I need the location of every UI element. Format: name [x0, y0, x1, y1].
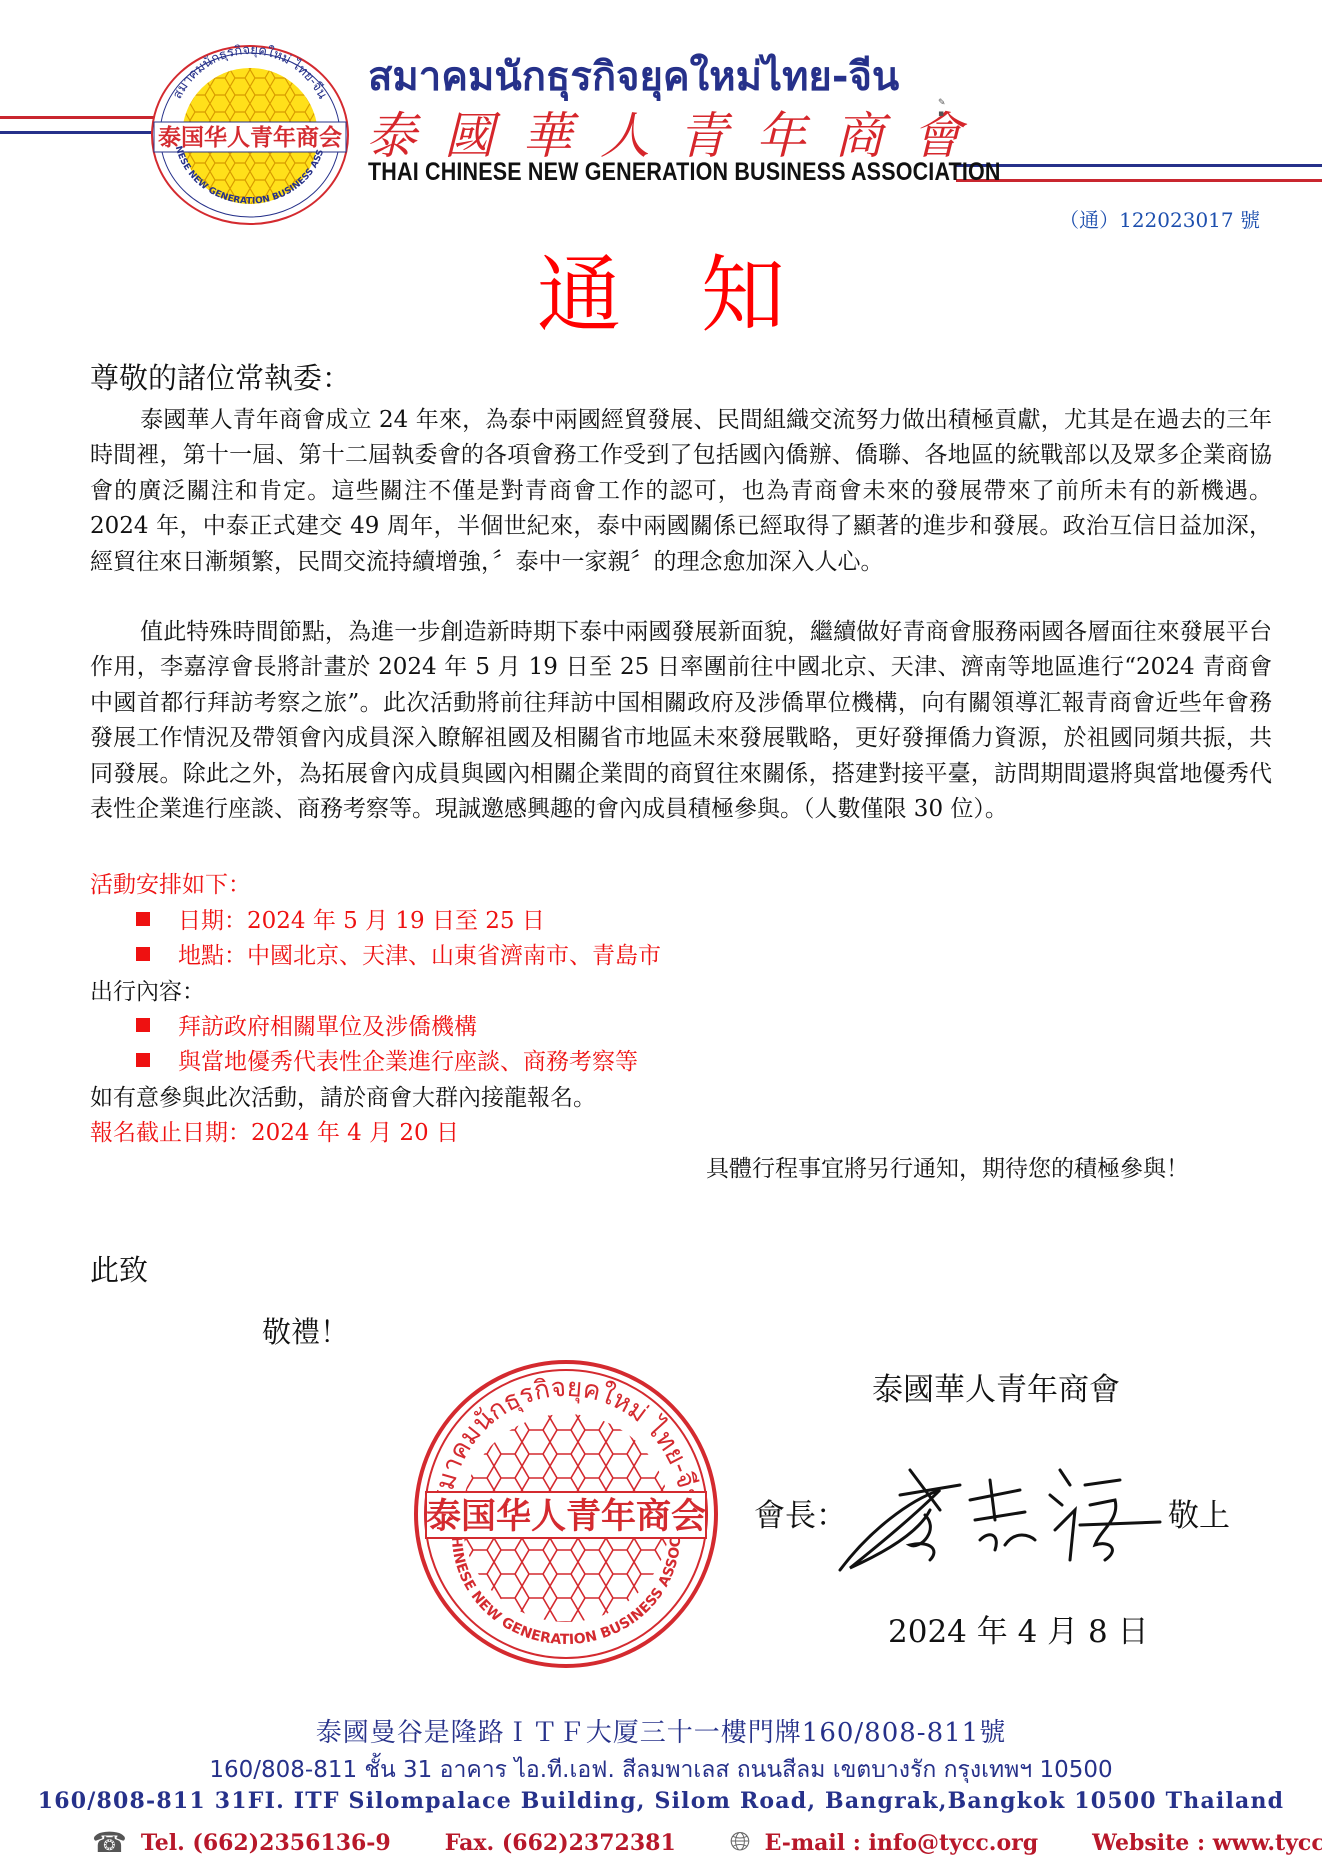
header-line-blue-right: [956, 164, 1322, 167]
svg-text:泰国华人青年商会: 泰国华人青年商会: [158, 124, 342, 151]
respectfully-label: 敬上: [1168, 1490, 1230, 1535]
footer-address-chinese: 泰國曼谷是隆路ＩＴＦ大厦三十一樓門牌160/808-811號: [0, 1712, 1322, 1749]
footer-fax: Fax. (662)2372381: [445, 1830, 676, 1856]
content-heading: 出行內容：: [90, 973, 205, 1006]
paragraph-2-text: 值此特殊時間節點，為進一步創造新時期下泰中兩國發展新面貌，繼續做好青商會服務兩國…: [90, 619, 1272, 822]
header-line-blue-left: [0, 131, 162, 134]
signature-date: 2024 年 4 月 8 日: [888, 1606, 1149, 1651]
footer-address-thai: 160/808-811 ชั้น 31 อาคาร ไอ.ที.เอฟ. สีล…: [0, 1752, 1322, 1788]
footer-contact: ☎ Tel. (662)2356136-9 Fax. (662)2372381 …: [92, 1826, 1322, 1859]
header-line-red-left: [0, 116, 162, 119]
schedule-item-date: 日期：2024 年 5 月 19 日至 25 日: [136, 902, 545, 935]
registration-note: 如有意參與此次活動，請於商會大群內接龍報名。: [90, 1079, 596, 1112]
schedule-item-text: 日期：2024 年 5 月 19 日至 25 日: [178, 908, 545, 934]
signatory-organization: 泰國華人青年商會: [872, 1364, 1120, 1409]
bullet-square-icon: [136, 947, 150, 961]
closing-note: 具體行程事宜將另行通知，期待您的積極參與！: [706, 1150, 1189, 1183]
schedule-item-location: 地點：中國北京、天津、山東省濟南市、青島市: [136, 937, 661, 970]
schedule-heading: 活動安排如下：: [90, 866, 251, 899]
sign-off-line2: 敬禮！: [262, 1310, 349, 1351]
bullet-square-icon: [136, 1053, 150, 1067]
globe-icon: 🌐︎: [730, 1827, 751, 1858]
president-signature: [830, 1450, 1170, 1580]
association-logo: สมาคมนักธุรกิจยุคใหม่ ไทย-จีน 泰国华人青年商会 T…: [150, 44, 350, 226]
salutation: 尊敬的諸位常執委：: [90, 356, 351, 397]
header-line-red-right: [956, 179, 1322, 182]
paragraph-1: 泰國華人青年商會成立 24 年來，為泰中兩國經貿發展、民間組織交流努力做出積極貢…: [90, 403, 1272, 580]
paragraph-2: 值此特殊時間節點，為進一步創造新時期下泰中兩國發展新面貌，繼續做好青商會服務兩國…: [90, 615, 1272, 827]
svg-text:泰国华人青年商会: 泰国华人青年商会: [426, 1496, 706, 1537]
footer-tel: Tel. (662)2356136-9: [141, 1830, 391, 1856]
document-title: 通知: [0, 228, 1322, 349]
org-name-english: THAI CHINESE NEW GENERATION BUSINESS ASS…: [368, 158, 1001, 187]
content-item: 拜訪政府相關單位及涉僑機構: [136, 1008, 477, 1041]
content-item-text: 與當地優秀代表性企業進行座談、商務考察等: [178, 1049, 638, 1075]
calligraphy-seal-icon: ✎▪: [938, 98, 960, 148]
content-item-text: 拜訪政府相關單位及涉僑機構: [178, 1014, 477, 1040]
schedule-item-text: 地點：中國北京、天津、山東省濟南市、青島市: [178, 943, 661, 969]
footer-address-english: 160/808-811 31FI. ITF Silompalace Buildi…: [0, 1788, 1322, 1814]
bullet-square-icon: [136, 1018, 150, 1032]
content-item: 與當地優秀代表性企業進行座談、商務考察等: [136, 1043, 638, 1076]
footer-website[interactable]: Website : www.tycc.org: [1092, 1830, 1322, 1856]
bullet-square-icon: [136, 912, 150, 926]
paragraph-1-text: 泰國華人青年商會成立 24 年來，為泰中兩國經貿發展、民間組織交流努力做出積極貢…: [90, 407, 1272, 575]
association-stamp: สมาคมนักธุรกิจยุคใหม่ ไทย-จีน 泰国华人青年商会 T…: [410, 1358, 722, 1670]
footer-email[interactable]: E-mail : info@tycc.org: [765, 1830, 1039, 1856]
sign-off-line1: 此致: [90, 1248, 148, 1289]
telephone-icon: ☎: [92, 1826, 127, 1859]
registration-deadline: 報名截止日期：2024 年 4 月 20 日: [90, 1114, 459, 1147]
